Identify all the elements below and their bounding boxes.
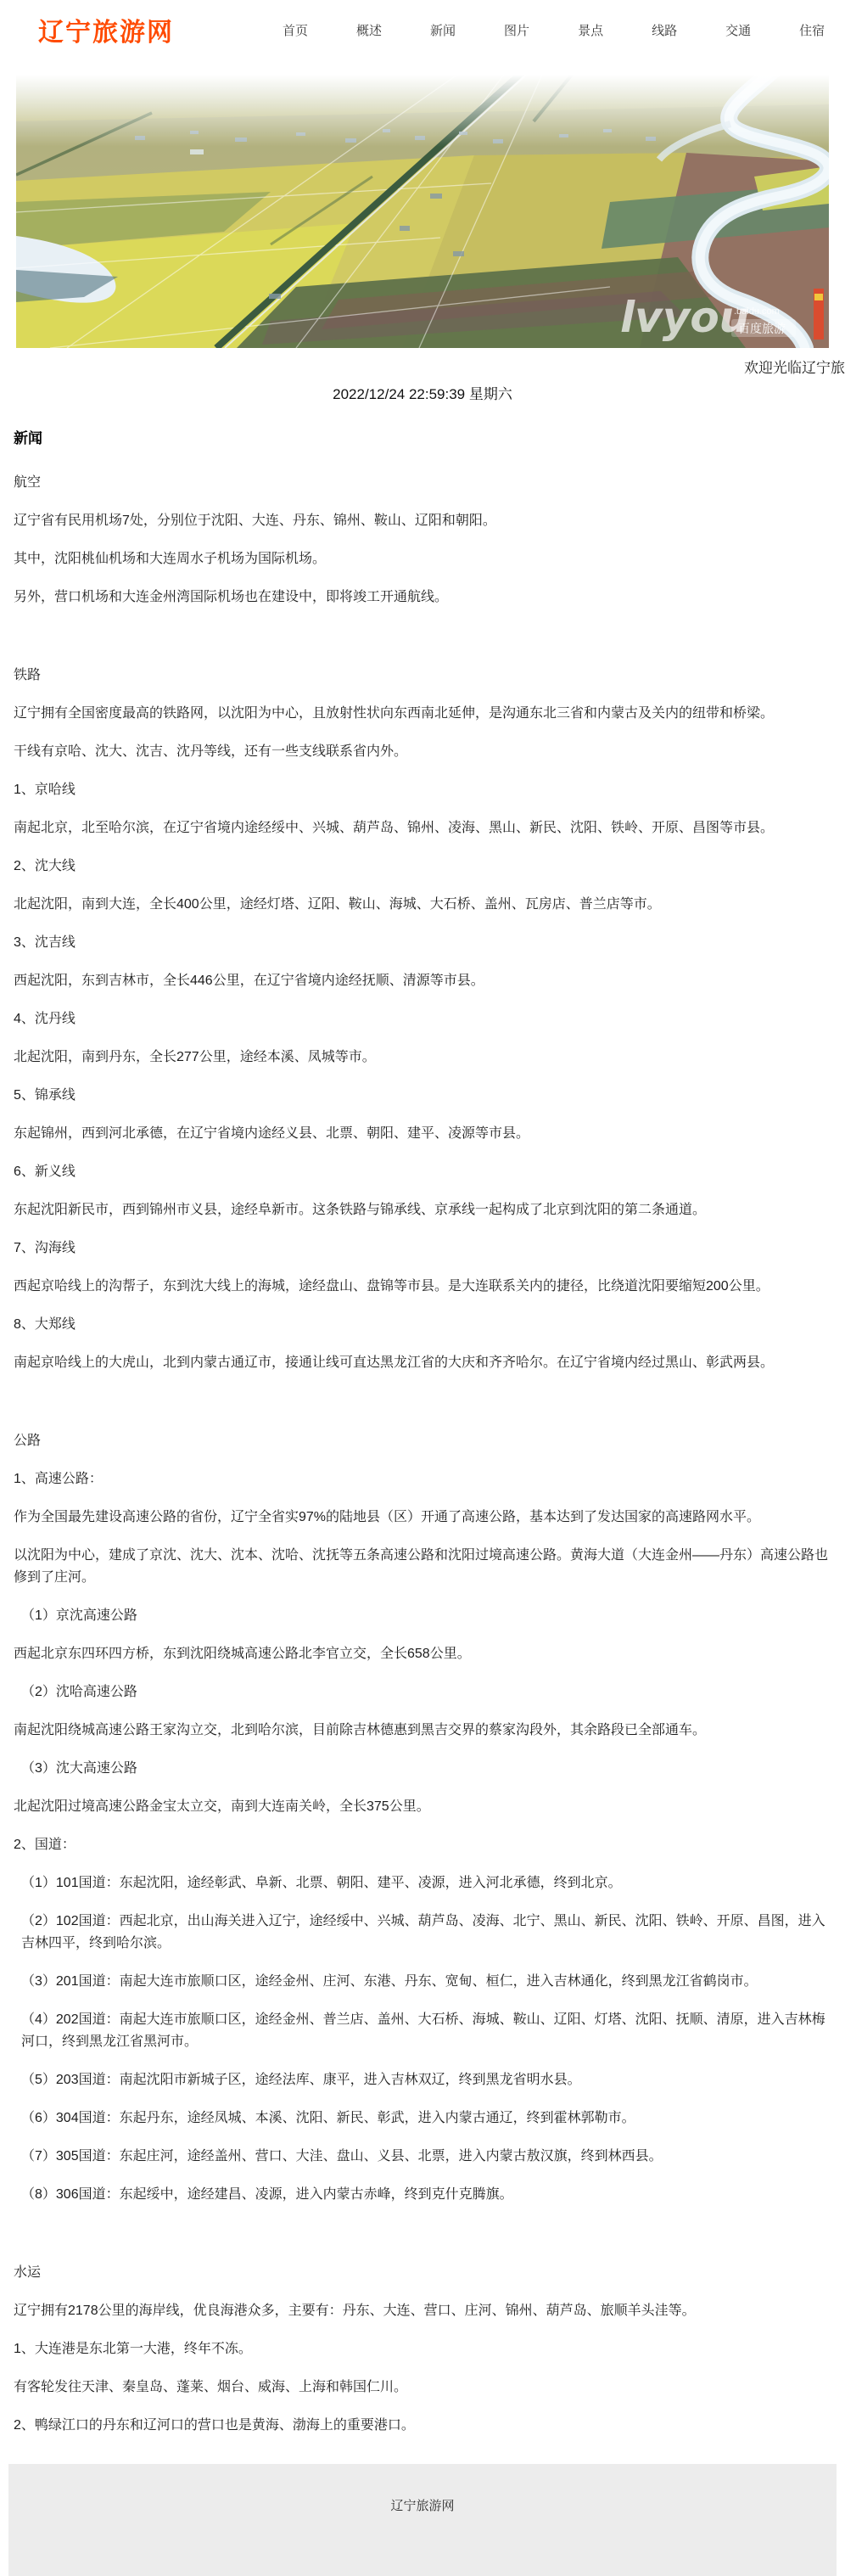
article-paragraph: （8）306国道：东起绥中，途经建昌、凌源，进入内蒙古赤峰，终到克什克腾旗。 [14, 2184, 831, 2206]
welcome-marquee: 欢迎光临辽宁旅 [0, 356, 845, 376]
article-paragraph: （4）202国道：南起大连市旅顺口区，途经金州、普兰店、盖州、大石桥、海城、鞍山… [14, 2009, 831, 2053]
section-label: 航空 [14, 472, 831, 494]
article-paragraph: 辽宁拥有2178公里的海岸线，优良海港众多，主要有：丹东、大连、营口、庄河、锦州… [14, 2300, 831, 2322]
section-label: 公路 [14, 1430, 831, 1452]
nav-item-news[interactable]: 新闻 [430, 21, 456, 39]
article-paragraph: 东起沈阳新民市，西到锦州市义县，途经阜新市。这条铁路与锦承线、京承线一起构成了北… [14, 1199, 831, 1221]
article-paragraph: 有客轮发往天津、秦皇岛、蓬莱、烟台、威海、上海和韩国仁川。 [14, 2377, 831, 2399]
article-paragraph: 西起沈阳，东到吉林市，全长446公里，在辽宁省境内途经抚顺、清源等市县。 [14, 970, 831, 992]
article-paragraph: 2、沈大线 [14, 856, 831, 878]
article-paragraph: 1、京哈线 [14, 779, 831, 801]
article-paragraph: 作为全国最先建设高速公路的省份，辽宁全省实97%的陆地县（区）开通了高速公路，基… [14, 1507, 831, 1529]
aerial-photo: lvyou .baidu.com 百度旅游 [16, 75, 829, 348]
hero-image: lvyou .baidu.com 百度旅游 [16, 75, 829, 348]
article-paragraph: 3、沈吉线 [14, 932, 831, 954]
main-nav: 首页 概述 新闻 图片 景点 线路 交通 住宿 [283, 21, 825, 39]
article-paragraph: （3）沈大高速公路 [14, 1758, 831, 1780]
article-paragraph: 东起锦州，西到河北承德，在辽宁省境内途经义县、北票、朝阳、建平、凌源等市县。 [14, 1123, 831, 1145]
article-paragraph: 8、大郑线 [14, 1314, 831, 1336]
svg-text:.baidu.com: .baidu.com [734, 306, 780, 317]
article-paragraph: （3）201国道：南起大连市旅顺口区，途经金州、庄河、东港、丹东、宽甸、桓仁，进… [14, 1971, 831, 1993]
article-paragraph: 2、鸭绿江口的丹东和辽河口的营口也是黄海、渤海上的重要港口。 [14, 2415, 831, 2437]
section-label: 水运 [14, 2262, 831, 2284]
article-paragraph: （5）203国道：南起沈阳市新城子区，途经法库、康平，进入吉林双辽，终到黑龙省明… [14, 2069, 831, 2091]
article-paragraph: 辽宁省有民用机场7处，分别位于沈阳、大连、丹东、锦州、鞍山、辽阳和朝阳。 [14, 510, 831, 532]
article-paragraph: 1、大连港是东北第一大港，终年不冻。 [14, 2338, 831, 2360]
svg-text:lvyou: lvyou [620, 293, 749, 342]
article-paragraph: （7）305国道：东起庄河，途经盖州、营口、大洼、盘山、义县、北票，进入内蒙古敖… [14, 2146, 831, 2168]
article-paragraph: 北起沈阳过境高速公路金宝太立交，南到大连南关岭，全长375公里。 [14, 1796, 831, 1818]
section-label: 铁路 [14, 665, 831, 687]
datetime-display: 2022/12/24 22:59:39 星期六 [0, 382, 845, 402]
page-heading: 新闻 [14, 428, 831, 450]
welcome-text: 欢迎光临辽宁旅 [744, 356, 845, 376]
article-content: 新闻航空辽宁省有民用机场7处，分别位于沈阳、大连、丹东、锦州、鞍山、辽阳和朝阳。… [14, 428, 831, 2437]
article-paragraph: 另外，营口机场和大连金州湾国际机场也在建设中，即将竣工开通航线。 [14, 586, 831, 609]
article-paragraph: 北起沈阳，南到丹东，全长277公里，途经本溪、凤城等市。 [14, 1047, 831, 1069]
article-paragraph: 4、沈丹线 [14, 1008, 831, 1030]
article-paragraph: 北起沈阳，南到大连，全长400公里，途经灯塔、辽阳、鞍山、海城、大石桥、盖州、瓦… [14, 894, 831, 916]
article-paragraph: （2）102国道：西起北京，出山海关进入辽宁，途经绥中、兴城、葫芦岛、凌海、北宁… [14, 1911, 831, 1955]
site-logo[interactable]: 辽宁旅游网 [38, 11, 174, 48]
article-paragraph: 6、新义线 [14, 1161, 831, 1183]
page: 辽宁旅游网 首页 概述 新闻 图片 景点 线路 交通 住宿 [0, 0, 845, 2576]
article-paragraph: （1）京沈高速公路 [14, 1605, 831, 1627]
article-paragraph: 5、锦承线 [14, 1085, 831, 1107]
article-paragraph: 南起沈阳绕城高速公路王家沟立交，北到哈尔滨，目前除吉林德惠到黑吉交界的蔡家沟段外… [14, 1720, 831, 1742]
footer-text: 辽宁旅游网 [390, 2464, 454, 2514]
nav-item-spots[interactable]: 景点 [578, 21, 603, 39]
article-paragraph: 7、沟海线 [14, 1237, 831, 1260]
svg-text:百度旅游: 百度旅游 [738, 322, 786, 335]
nav-item-overview[interactable]: 概述 [356, 21, 382, 39]
nav-item-routes[interactable]: 线路 [652, 21, 677, 39]
article-paragraph: 辽宁拥有全国密度最高的铁路网，以沈阳为中心，且放射性状向东西南北延伸，是沟通东北… [14, 703, 831, 725]
article-paragraph: 西起京哈线上的沟帮子，东到沈大线上的海城，途经盘山、盘锦等市县。是大连联系关内的… [14, 1276, 831, 1298]
article-paragraph: 以沈阳为中心，建成了京沈、沈大、沈本、沈哈、沈抚等五条高速公路和沈阳过境高速公路… [14, 1545, 831, 1589]
article-paragraph: 西起北京东四环四方桥，东到沈阳绕城高速公路北李官立交，全长658公里。 [14, 1643, 831, 1665]
article-paragraph: （6）304国道：东起丹东，途经凤城、本溪、沈阳、新民、彰武，进入内蒙古通辽，终… [14, 2107, 831, 2130]
article-paragraph: （1）101国道：东起沈阳，途经彰武、阜新、北票、朝阳、建平、凌源，进入河北承德… [14, 1872, 831, 1894]
article-paragraph: 南起北京，北至哈尔滨，在辽宁省境内途经绥中、兴城、葫芦岛、锦州、凌海、黑山、新民… [14, 817, 831, 839]
article-paragraph: （2）沈哈高速公路 [14, 1681, 831, 1703]
article-paragraph: 1、高速公路： [14, 1468, 831, 1490]
nav-item-pictures[interactable]: 图片 [504, 21, 529, 39]
article-paragraph: 2、国道： [14, 1834, 831, 1856]
article-paragraph: 南起京哈线上的大虎山，北到内蒙古通辽市，接通让线可直达黑龙江省的大庆和齐齐哈尔。… [14, 1352, 831, 1374]
article: 新闻航空辽宁省有民用机场7处，分别位于沈阳、大连、丹东、锦州、鞍山、辽阳和朝阳。… [14, 428, 831, 2437]
nav-item-hotel[interactable]: 住宿 [799, 21, 825, 39]
site-header: 辽宁旅游网 首页 概述 新闻 图片 景点 线路 交通 住宿 [0, 0, 845, 54]
article-paragraph: 干线有京哈、沈大、沈吉、沈丹等线，还有一些支线联系省内外。 [14, 741, 831, 763]
nav-item-home[interactable]: 首页 [283, 21, 308, 39]
nav-item-traffic[interactable]: 交通 [725, 21, 751, 39]
article-paragraph: 其中，沈阳桃仙机场和大连周水子机场为国际机场。 [14, 548, 831, 570]
site-footer: 辽宁旅游网 [8, 2464, 837, 2576]
